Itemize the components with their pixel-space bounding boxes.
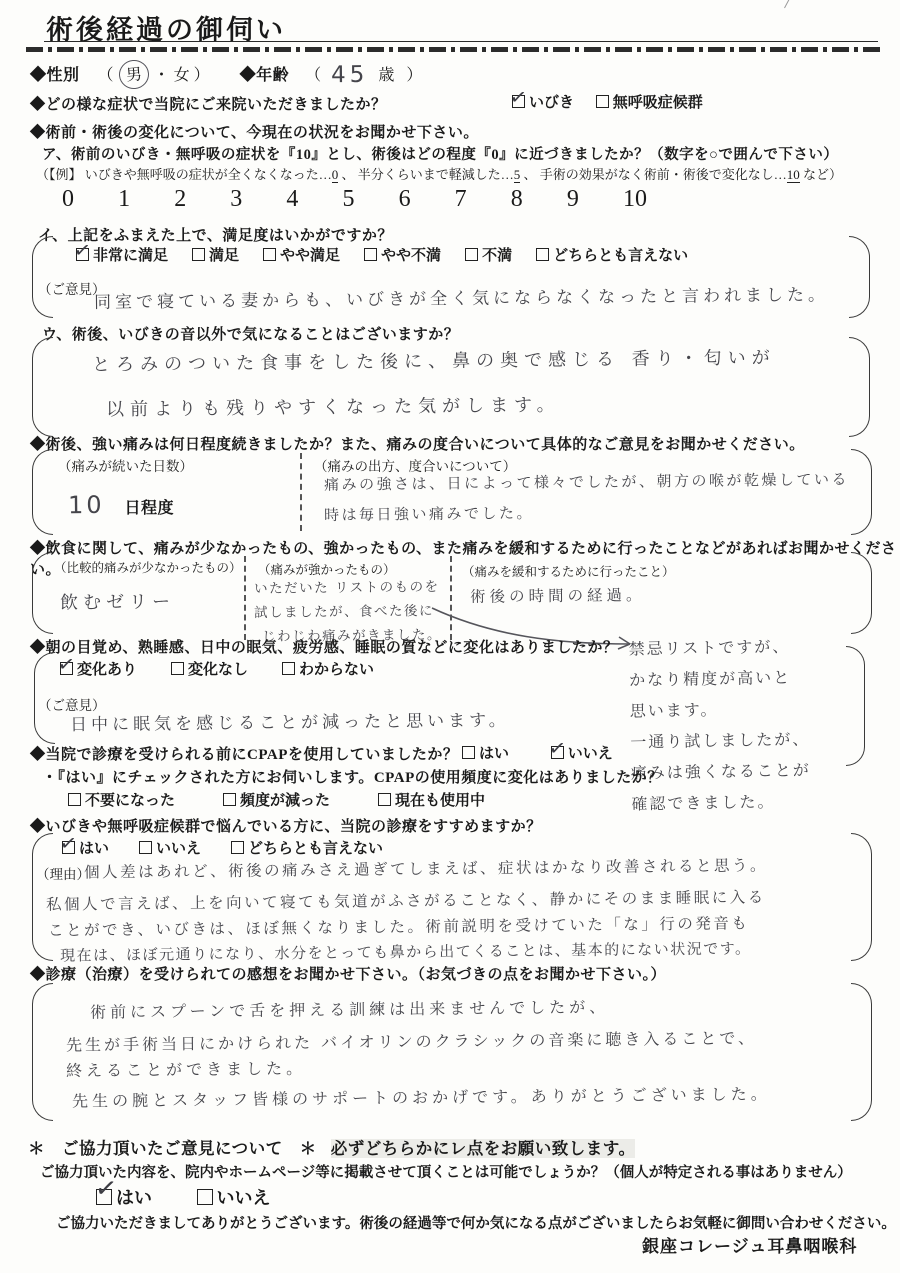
cpap-followup: ・『はい』にチェックされた方にお伺いします。CPAPの使用頻度に変化はありました… <box>42 766 663 787</box>
scale-question: ア、術前のいびき・無呼吸の症状を『10』とし、術後はどの程度『0』に近づきました… <box>42 143 838 164</box>
concerns-box: とろみのついた食事をした後に、鼻の奥で感じる 香り・匂いが 以前よりも残りやすく… <box>32 337 870 437</box>
checkbox-mukokyu[interactable]: 無呼吸症候群 <box>596 91 703 112</box>
checkbox-hijoni-manzoku[interactable]: 非常に満足 <box>76 244 168 265</box>
sleep-options: 変化あり 変化なし わからない <box>60 658 374 679</box>
recommend-box: はい いいえ どちらとも言えない （理由） 個人差はあれど、術後の痛みさえ過ぎて… <box>32 833 872 961</box>
checkbox-icon[interactable] <box>62 841 75 854</box>
checkbox-icon[interactable] <box>378 793 391 806</box>
satisfaction-options: 非常に満足 満足 やや満足 やや不満 不満 どちらとも言えない <box>76 244 688 265</box>
margin-note-handwritten: 禁忌リストですが、 かなり精度が高いと 思います。 一通り試しましたが、 痛みは… <box>628 630 811 819</box>
age-unit: 歳 <box>378 67 394 84</box>
pain-days-unit: 日程度 <box>125 500 175 517</box>
checkbox-icon[interactable] <box>364 248 377 261</box>
margin-note-line: かなり精度が高いと <box>629 661 810 695</box>
cpap-question: ◆当院で診療を受けられる前にCPAPを使用していましたか？ <box>30 743 458 764</box>
checkbox-label: はい <box>116 1188 152 1208</box>
satisfaction-answer-handwritten: 同室で寝ている妻からも、いびきが全く気にならなくなったと言われました。 <box>94 280 829 313</box>
scale-number-1[interactable]: 1 <box>118 186 130 213</box>
checkbox-icon[interactable] <box>171 662 184 675</box>
checkbox-label: 非常に満足 <box>93 248 168 264</box>
checkbox-label: やや不満 <box>381 248 441 264</box>
scale-number-2[interactable]: 2 <box>174 186 186 213</box>
checkbox-susume-hai[interactable]: はい <box>62 837 109 858</box>
scale-number-6[interactable]: 6 <box>399 186 411 213</box>
scale-number-4[interactable]: 4 <box>286 186 298 213</box>
checkbox-henka-ari[interactable]: 変化あり <box>60 658 137 679</box>
checkbox-keisai-hai[interactable]: はい <box>96 1184 152 1210</box>
checkbox-icon[interactable] <box>282 662 295 675</box>
paren: ） <box>194 67 210 84</box>
checkbox-icon[interactable] <box>76 248 89 261</box>
checkbox-genzai-shiyochu[interactable]: 現在も使用中 <box>378 789 485 810</box>
symptom-question: ◆どの様な症状で当院にご来院いただきましたか？ <box>30 93 387 114</box>
margin-note-line: 確認できました。 <box>631 785 812 819</box>
checkbox-label: 現在も使用中 <box>395 793 485 809</box>
checkbox-label: どちらとも言えない <box>248 841 383 857</box>
checkbox-fuman[interactable]: 不満 <box>465 244 512 265</box>
eating-col3-label: （痛みを緩和するために行ったこと） <box>462 562 675 580</box>
sleep-box: 変化あり 変化なし わからない （ご意見） 日中に眠気を感じることが減ったと思い… <box>34 652 604 744</box>
consent-question: ご協力頂いた内容を、院内やホームページ等に掲載させて頂くことは可能でしょうか？（… <box>40 1161 852 1182</box>
pain-days-value-handwritten: 10 <box>68 491 105 519</box>
impressions-line3-handwritten: 終えることができました。 <box>66 1056 306 1082</box>
scale-number-8[interactable]: 8 <box>511 186 523 213</box>
scale-number-3[interactable]: 3 <box>230 186 242 213</box>
checkbox-hindo-hetta[interactable]: 頻度が減った <box>223 789 330 810</box>
checkbox-icon[interactable] <box>465 248 478 261</box>
checkbox-icon[interactable] <box>596 95 609 108</box>
reason-label: （理由） <box>36 863 90 883</box>
consent-thanks: ご協力いただきましてありがとうございます。術後の経過等で何か気になる点がございま… <box>56 1212 896 1233</box>
impressions-line2-handwritten: 先生が手術当日にかけられた バイオリンのクラシックの音楽に聴き入ることで、 <box>66 1025 757 1055</box>
scale-number-10[interactable]: 10 <box>623 186 647 213</box>
title-underline <box>44 41 878 42</box>
checkbox-icon[interactable] <box>60 662 73 675</box>
example-text: （【例】 いびきや無呼吸の症状が全くなくなった… <box>36 167 332 182</box>
checkbox-label: いいえ <box>568 746 613 762</box>
pain-detail-line1-handwritten: 痛みの強さは、日によって様々でしたが、朝方の喉が乾燥している <box>324 468 849 494</box>
satisfaction-box: 非常に満足 満足 やや満足 やや不満 不満 どちらとも言えない （ご意見） 同室… <box>32 236 870 318</box>
reason-line3-handwritten: ことができ、いびきは、ほぼ無くなりました。術前説明を受けていた「な」行の発音も <box>48 911 750 940</box>
gender-female[interactable]: 女 <box>174 67 190 84</box>
checkbox-icon[interactable] <box>96 1189 112 1205</box>
checkbox-icon[interactable] <box>223 793 236 806</box>
impressions-line4-handwritten: 先生の腕とスタッフ皆様のサポートのおかげです。ありがとうございました。 <box>72 1081 771 1111</box>
checkbox-label: はい <box>79 841 109 857</box>
gender-male-circled[interactable]: 男 <box>117 59 149 91</box>
age-value-handwritten: 45 <box>331 62 369 88</box>
checkbox-icon[interactable] <box>551 746 564 759</box>
checkbox-label: 無呼吸症候群 <box>613 95 703 111</box>
pain-detail-line2-handwritten: 時は毎日強い痛みでした。 <box>324 502 534 525</box>
checkbox-icon[interactable] <box>462 746 475 759</box>
separator-dot: ・ <box>154 67 170 84</box>
change-heading: ◆術前・術後の変化について、今現在の状況をお聞かせ下さい。 <box>30 121 479 142</box>
checkbox-label: 頻度が減った <box>240 793 330 809</box>
margin-note-line: 一通り試しましたが、 <box>630 723 811 757</box>
scale-number-7[interactable]: 7 <box>455 186 467 213</box>
stray-pen-mark <box>784 0 803 15</box>
checkbox-icon[interactable] <box>231 841 244 854</box>
pain-divider <box>300 453 302 531</box>
consent-heading: ＊ ご協力頂いたご意見について ＊ 必ずどちらかにレ点をお願い致します。 <box>28 1135 635 1159</box>
checkbox-icon[interactable] <box>139 841 152 854</box>
checkbox-ibiki[interactable]: いびき <box>512 91 574 112</box>
age-label: ◆年齢 <box>240 67 290 84</box>
example-text: 、 手術の効果がなく術前・術後で変化なし… <box>520 167 787 182</box>
checkbox-henka-nashi[interactable]: 変化なし <box>171 658 248 679</box>
pain-box: （痛みが続いた日数） 10 日程度 （痛みの出方、度合いについて） 痛みの強さは… <box>32 449 872 535</box>
paren: ） <box>406 67 422 84</box>
consent-heading-main: ＊ ご協力頂いたご意見について ＊ <box>28 1139 317 1158</box>
checkbox-yaya-manzoku[interactable]: やや満足 <box>263 244 340 265</box>
impressions-question: ◆診療（治療）を受けられての感想をお聞かせ下さい。（お気づきの点をお聞かせ下さい… <box>30 963 666 984</box>
reason-line4-handwritten: 現在は、ほぼ元通りになり、水分をとっても鼻から出てくることは、基本的にない状況で… <box>60 937 752 965</box>
checkbox-cpap-hai[interactable]: はい <box>462 742 509 763</box>
checkbox-icon[interactable] <box>197 1189 213 1205</box>
checkbox-susume-iie[interactable]: いいえ <box>139 837 201 858</box>
checkbox-icon[interactable] <box>536 248 549 261</box>
clinic-name: 銀座コレージュ耳鼻咽喉科 <box>642 1232 857 1257</box>
checkbox-manzoku[interactable]: 満足 <box>192 244 239 265</box>
checkbox-cpap-iie[interactable]: いいえ <box>551 742 613 763</box>
scale-number-row: 0 1 2 3 4 5 6 7 8 9 10 <box>62 186 647 213</box>
concerns-line1-handwritten: とろみのついた食事をした後に、鼻の奥で感じる 香り・匂いが <box>92 343 776 376</box>
questionnaire-scan: 術後経過の御伺い ◆性別 （ 男 ・ 女 ） ◆年齢 （ 45 歳 ） ◆どの様… <box>0 0 900 1273</box>
checkbox-susume-dochira[interactable]: どちらとも言えない <box>231 837 383 858</box>
concerns-line2-handwritten: 以前よりも残りやすくなった気がします。 <box>106 391 561 422</box>
example-text: 、 半分くらいまで軽減した… <box>338 167 514 182</box>
checkbox-label: 変化あり <box>77 662 137 678</box>
cpap-options: はい いいえ <box>462 742 613 763</box>
checkbox-fuyo[interactable]: 不要になった <box>68 789 175 810</box>
eating-col2-line1-handwritten: いただいた リストのものを <box>254 575 440 597</box>
checkbox-label: どちらとも言えない <box>553 248 688 264</box>
checkbox-icon[interactable] <box>68 793 81 806</box>
symptom-options: いびき 無呼吸症候群 <box>512 91 703 112</box>
eating-col1-label: （比較的痛みが少なかったもの） <box>54 558 242 576</box>
checkbox-label: 変化なし <box>188 662 248 678</box>
scale-example: （【例】 いびきや無呼吸の症状が全くなくなった…0 、 半分くらいまで軽減した…… <box>36 164 842 183</box>
eating-divider-1 <box>244 556 246 640</box>
checkbox-label: いいえ <box>156 841 201 857</box>
checkbox-label: 満足 <box>209 248 239 264</box>
checkbox-label: やや満足 <box>280 248 340 264</box>
checkbox-label: 不要になった <box>85 793 175 809</box>
eating-col1-answer-handwritten: 飲むゼリー <box>60 587 175 614</box>
impressions-box: 術前にスプーンで舌を押える訓練は出来ませんでしたが、 先生が手術当日にかけられた… <box>32 983 872 1121</box>
checkbox-label: わからない <box>299 662 374 678</box>
scale-number-9[interactable]: 9 <box>567 186 579 213</box>
scale-number-0[interactable]: 0 <box>62 186 74 213</box>
checkbox-label: はい <box>479 746 509 762</box>
paren: （ <box>98 67 114 84</box>
example-value-10: 10 <box>787 167 800 183</box>
example-text: など） <box>800 167 842 182</box>
margin-note-paren <box>846 646 865 766</box>
margin-note-line: 思います。 <box>629 692 810 726</box>
recommend-options: はい いいえ どちらとも言えない <box>62 837 383 858</box>
consent-options: はい いいえ <box>96 1184 271 1210</box>
scale-number-5[interactable]: 5 <box>342 186 354 213</box>
gender-label: ◆性別 <box>30 67 80 84</box>
checkbox-icon[interactable] <box>512 95 525 108</box>
profile-row: ◆性別 （ 男 ・ 女 ） ◆年齢 （ 45 歳 ） <box>30 60 422 89</box>
pain-days-answer: 10 日程度 <box>68 491 174 519</box>
impressions-line1-handwritten: 術前にスプーンで舌を押える訓練は出来ませんでしたが、 <box>90 994 609 1022</box>
checkbox-icon[interactable] <box>263 248 276 261</box>
checkbox-label: 不満 <box>482 248 512 264</box>
reason-line2-handwritten: 私個人で言えば、上を向いて寝ても気道がふさがることなく、静かにそのまま睡眠に入る <box>46 885 766 915</box>
checkbox-keisai-iie[interactable]: いいえ <box>197 1184 271 1210</box>
checkbox-wakaranai[interactable]: わからない <box>282 658 374 679</box>
checkbox-label: いいえ <box>217 1188 271 1208</box>
checkbox-dochiratomo[interactable]: どちらとも言えない <box>536 244 688 265</box>
checkbox-yaya-fuman[interactable]: やや不満 <box>364 244 441 265</box>
consent-heading-bold: 必ずどちらかにレ点をお願い致します。 <box>331 1139 636 1158</box>
checkbox-icon[interactable] <box>192 248 205 261</box>
checkbox-label: いびき <box>529 95 574 111</box>
margin-note-line: 禁忌リストですが、 <box>628 630 809 664</box>
paren: （ <box>305 67 321 84</box>
cpap-followup-options: 不要になった 頻度が減った 現在も使用中 <box>68 789 485 810</box>
decorative-dash-divider <box>26 47 882 52</box>
sleep-answer-handwritten: 日中に眠気を感じることが減ったと思います。 <box>70 706 510 736</box>
pain-days-label: （痛みが続いた日数） <box>58 455 193 475</box>
